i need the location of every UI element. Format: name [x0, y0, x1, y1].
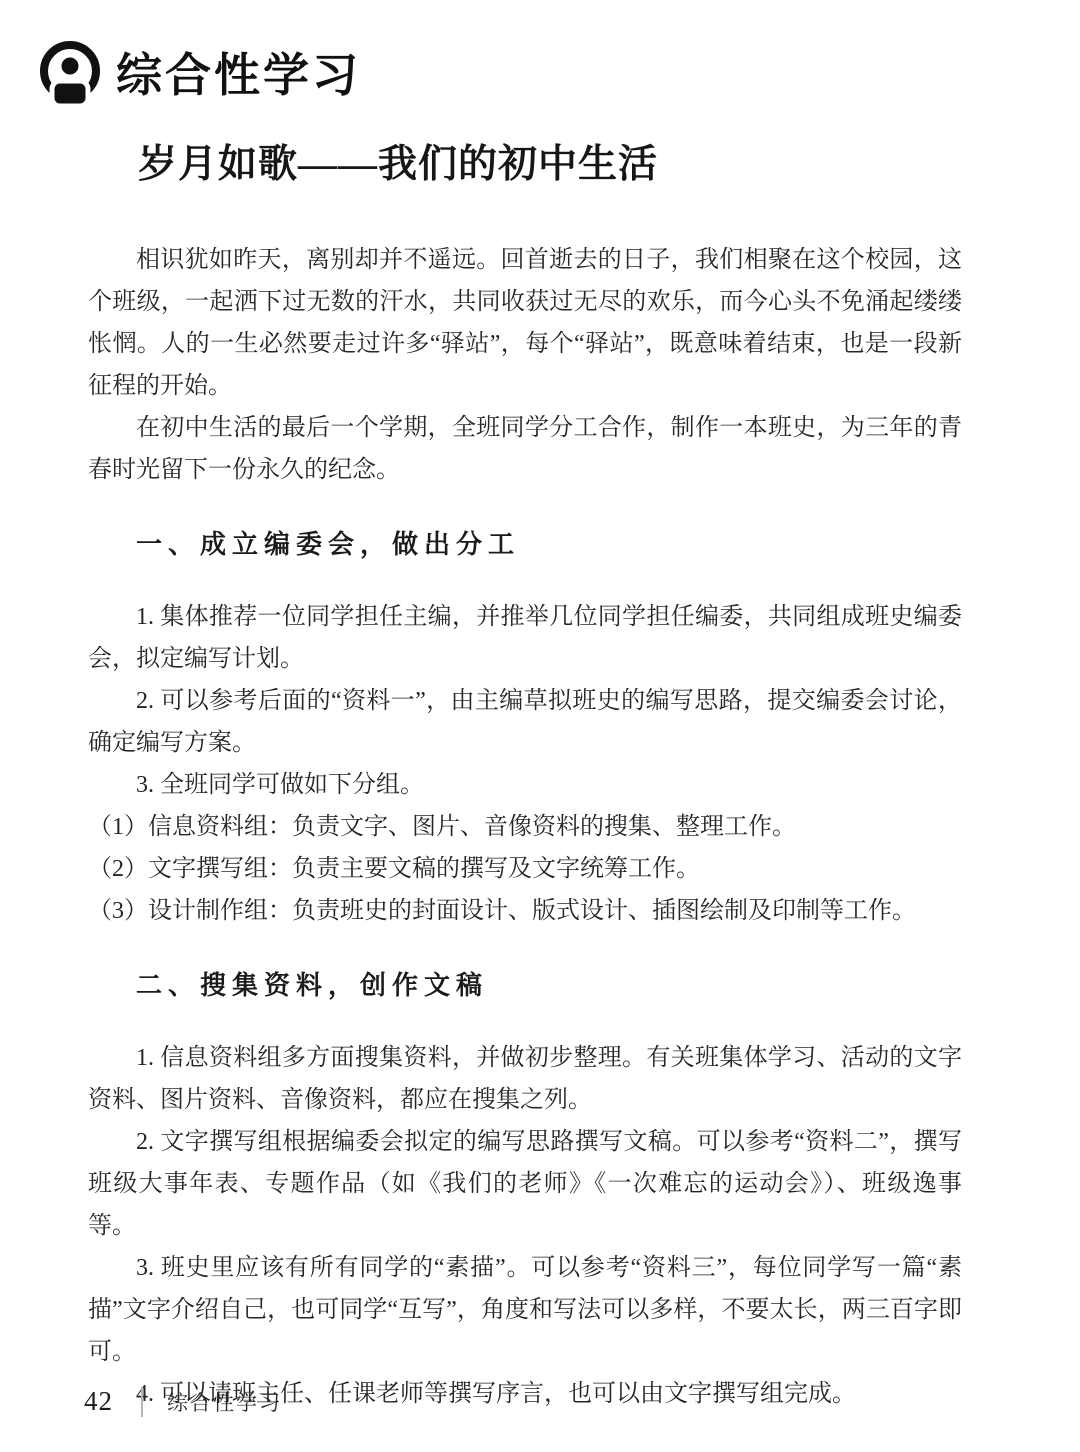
page-title: 岁月如歌——我们的初中生活 [138, 142, 962, 189]
section-1-item-1: 1. 集体推荐一位同学担任主编，并推举几位同学担任编委，共同组成班史编委会，拟定… [88, 596, 962, 680]
section-2-item-2: 2. 文字撰写组根据编委会拟定的编写思路撰写文稿。可以参考“资料二”，撰写班级大… [88, 1121, 962, 1247]
intro-paragraph-2: 在初中生活的最后一个学期，全班同学分工合作，制作一本班史，为三年的青春时光留下一… [88, 407, 962, 491]
section-2-item-1: 1. 信息资料组多方面搜集资料，并做初步整理。有关班集体学习、活动的文字资料、图… [88, 1037, 962, 1121]
page-number: 42 [84, 1386, 113, 1417]
section-1-heading: 一、成立编委会，做出分工 [136, 529, 962, 560]
intro-paragraph-1: 相识犹如昨天，离别却并不遥远。回首逝去的日子，我们相聚在这个校园，这个班级，一起… [88, 239, 962, 407]
footer-unit-label: 综合性学习 [167, 1387, 282, 1417]
person-in-circle-icon [38, 40, 102, 106]
section-1-subitem-1: （1）信息资料组：负责文字、图片、音像资料的搜集、整理工作。 [88, 806, 962, 848]
section-1-item-2: 2. 可以参考后面的“资料一”，由主编草拟班史的编写思路，提交编委会讨论，确定编… [88, 680, 962, 764]
textbook-page: 综合性学习 岁月如歌——我们的初中生活 相识犹如昨天，离别却并不遥远。回首逝去的… [0, 0, 1080, 1452]
section-2-heading: 二、搜集资料，创作文稿 [136, 970, 962, 1001]
page-footer: 42 综合性学习 [84, 1386, 282, 1417]
page-content: 岁月如歌——我们的初中生活 相识犹如昨天，离别却并不遥远。回首逝去的日子，我们相… [88, 142, 962, 1415]
section-1-subitem-2: （2）文字撰写组：负责主要文稿的撰写及文字统筹工作。 [88, 848, 962, 890]
section-1-subitem-3: （3）设计制作组：负责班史的封面设计、版式设计、插图绘制及印制等工作。 [88, 890, 962, 932]
section-1-item-3: 3. 全班同学可做如下分组。 [88, 764, 962, 806]
section-2-item-3: 3. 班史里应该有所有同学的“素描”。可以参考“资料三”，每位同学写一篇“素描”… [88, 1247, 962, 1373]
footer-divider [141, 1387, 143, 1417]
unit-header-label: 综合性学习 [116, 48, 361, 98]
unit-header: 综合性学习 [38, 40, 361, 106]
